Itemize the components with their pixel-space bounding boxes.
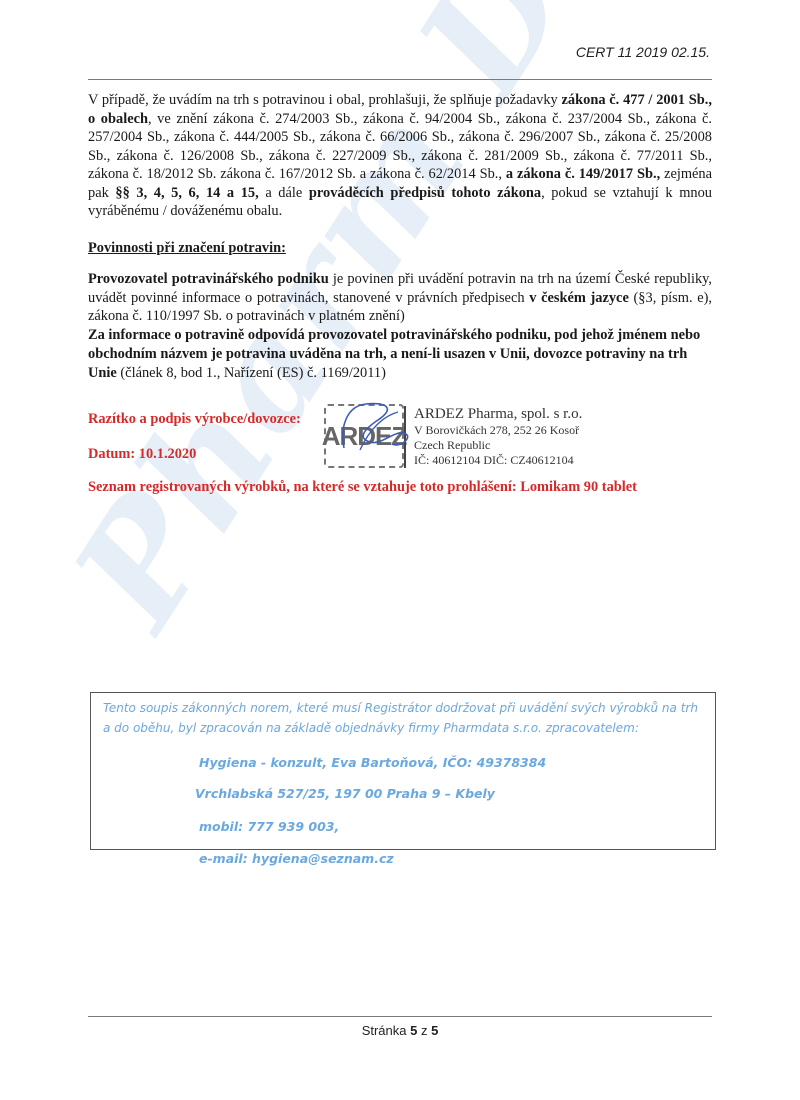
handwritten-signature [336, 398, 416, 458]
header-divider [88, 79, 712, 80]
responsibility-paragraph: Za informace o potravině odpovídá provoz… [88, 326, 712, 383]
processor-phone: mobil: 777 939 003, [199, 819, 339, 834]
document-code: CERT 11 2019 02.15. [576, 44, 710, 60]
processor-address: Vrchlabská 527/25, 197 00 Praha 9 – Kbel… [195, 786, 495, 801]
footer-divider [88, 1016, 712, 1017]
company-address: V Borovičkách 278, 252 26 Kosoř [414, 423, 582, 438]
company-name: ARDEZ Pharma, spol. s r.o. [414, 406, 582, 423]
page-number: Stránka 5 z 5 [0, 1023, 800, 1038]
info-intro: Tento soupis zákonných norem, které musí… [103, 698, 709, 738]
processor-info-box: Tento soupis zákonných norem, které musí… [90, 692, 716, 850]
registered-products-line: Seznam registrovaných výrobků, na které … [88, 479, 637, 496]
processor-name: Hygiena - konzult, Eva Bartoňová, IČO: 4… [199, 755, 546, 770]
company-country: Czech Republic [414, 438, 582, 453]
date-label: Datum: 10.1.2020 [88, 446, 196, 463]
labeling-obligation-paragraph: Provozovatel potravinářského podniku je … [88, 270, 712, 326]
company-ids: IČ: 40612104 DIČ: CZ40612104 [414, 453, 582, 468]
stamp-signature-label: Razítko a podpis výrobce/dovozce: [88, 411, 301, 428]
section-heading: Povinnosti při značení potravin: [88, 240, 712, 257]
company-stamp-text: ARDEZ Pharma, spol. s r.o. V Borovičkách… [404, 406, 582, 468]
packaging-law-paragraph: V případě, že uvádím na trh s potravinou… [88, 91, 712, 221]
processor-email: e-mail: hygiena@seznam.cz [199, 851, 394, 866]
